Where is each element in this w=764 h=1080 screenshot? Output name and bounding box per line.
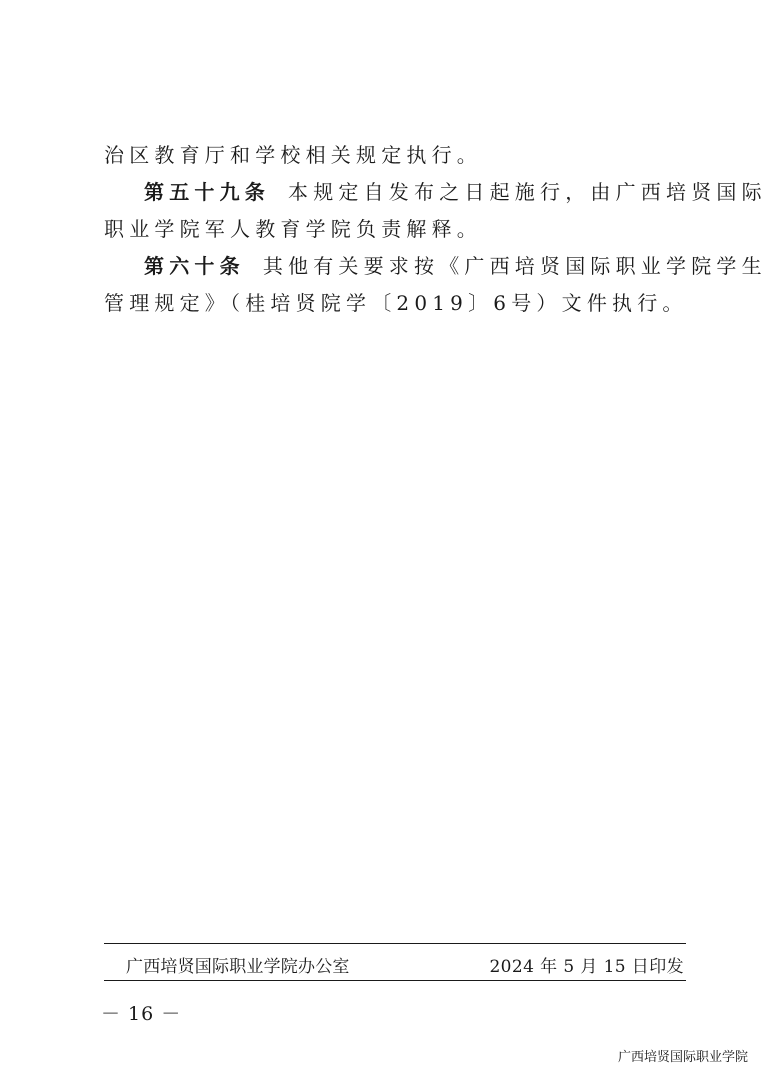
article-59-line-1: 第五十九条本规定自发布之日起施行，由广西培贤国际	[144, 177, 764, 207]
page-number: － 16 －	[101, 1002, 181, 1026]
article-59-text-continued: 职业学院军人教育学院负责解释。	[104, 217, 482, 241]
document-page: 治区教育厅和学校相关规定执行。 第五十九条本规定自发布之日起施行，由广西培贤国际…	[0, 0, 764, 1080]
article-59-line-2: 职业学院军人教育学院负责解释。	[104, 214, 482, 244]
article-number-60: 第六十条	[144, 254, 245, 278]
article-60-line-2: 管理规定》（桂培贤院学〔2019〕6号）文件执行。	[104, 288, 688, 318]
article-59-text: 本规定自发布之日起施行，由广西培贤国际	[288, 180, 764, 204]
article-60-text-continued: 管理规定》（桂培贤院学〔2019〕6号）文件执行。	[104, 291, 688, 315]
issue-date: 2024 年 5 月 15 日印发	[489, 955, 684, 979]
issuing-office: 广西培贤国际职业学院办公室	[126, 955, 350, 979]
article-60-line-1: 第六十条其他有关要求按《广西培贤国际职业学院学生	[144, 251, 764, 281]
watermark-label: 广西培贤国际职业学院	[618, 1049, 748, 1067]
footer-bottom-rule	[104, 980, 686, 981]
article-60-text: 其他有关要求按《广西培贤国际职业学院学生	[263, 254, 764, 278]
article-number-59: 第五十九条	[144, 180, 270, 204]
footer-top-rule	[104, 943, 686, 944]
paragraph-text: 治区教育厅和学校相关规定执行。	[104, 143, 482, 167]
paragraph-continuation-line: 治区教育厅和学校相关规定执行。	[104, 140, 482, 170]
